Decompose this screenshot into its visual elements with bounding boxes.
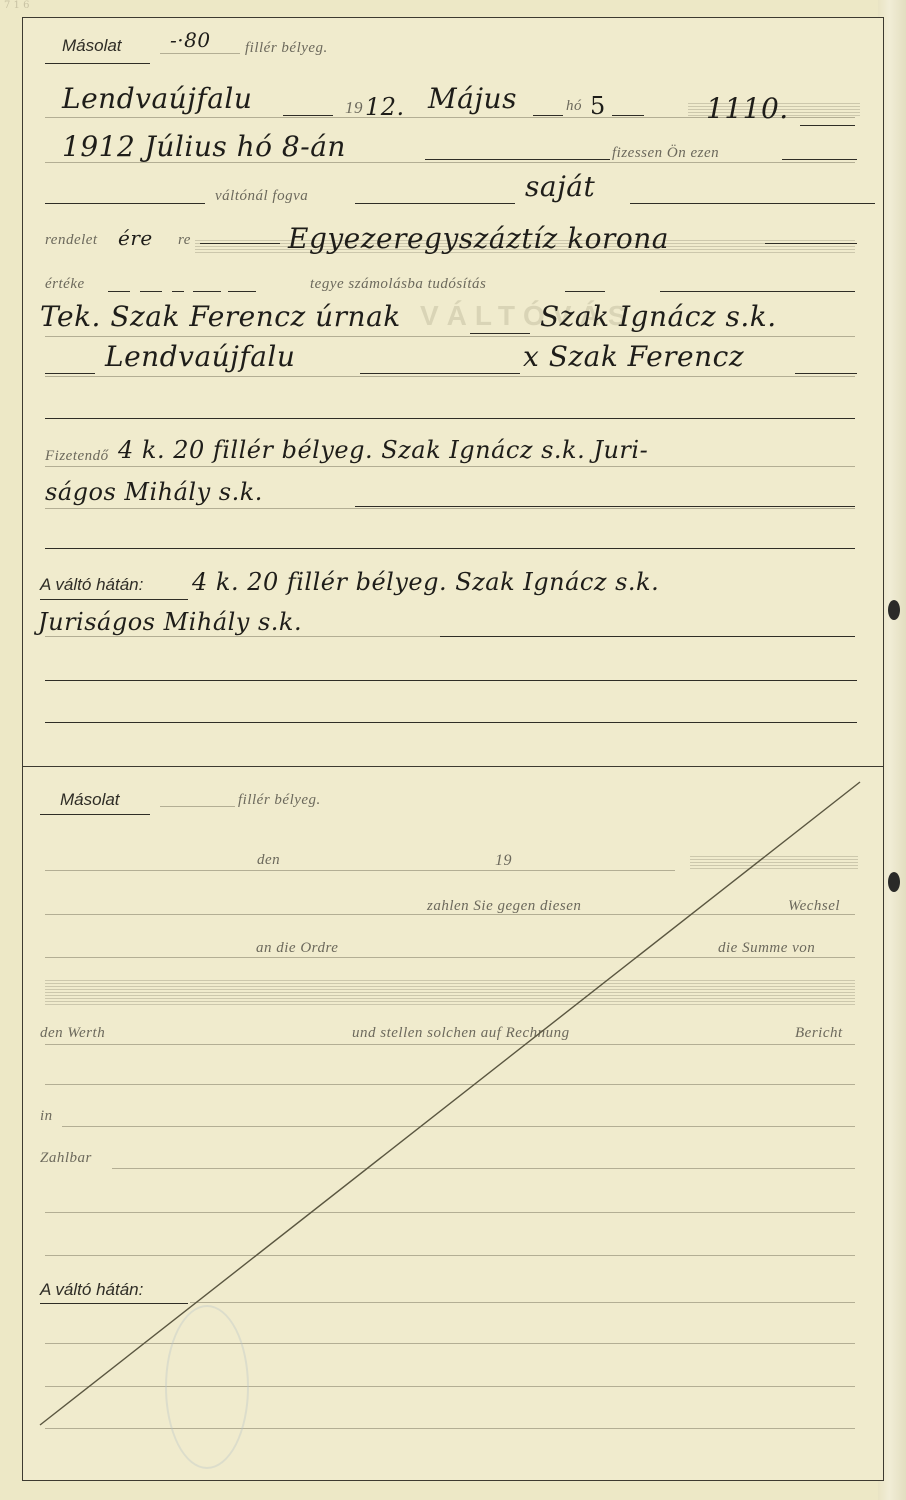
day-handwritten: 5 <box>590 92 606 120</box>
stamp-label: fillér bélyeg. <box>245 40 328 57</box>
blank-line <box>45 1084 855 1085</box>
amount-words-guilloche <box>45 980 855 1006</box>
drawee-line <box>45 336 855 337</box>
fill-dash <box>200 243 280 244</box>
back-text-2: Juriságos Mihály s.k. <box>38 608 302 636</box>
back-label: A váltó hátán: <box>40 575 143 595</box>
payable-line <box>45 508 855 509</box>
bill-label: váltónál fogva <box>215 188 308 205</box>
blank-line <box>45 418 855 419</box>
fill-dash <box>440 636 855 637</box>
fill-dash <box>228 291 256 292</box>
fill-dash <box>193 291 221 292</box>
fill-dash <box>800 125 855 126</box>
payable-line <box>112 1168 855 1169</box>
amount-words-handwritten: Egyezeregyszáztíz korona <box>288 222 669 255</box>
year-suffix: 12. <box>365 93 405 121</box>
back-label-underline <box>40 1303 188 1304</box>
amount-field-guilloche <box>690 856 858 869</box>
bill-label: Wechsel <box>788 898 840 915</box>
back-line <box>190 1302 855 1303</box>
copy-label: Másolat <box>62 36 122 56</box>
fill-dash <box>533 115 563 116</box>
fill-dash <box>565 291 605 292</box>
payable-text-1: 4 k. 20 fillér bélyeg. Szak Ignácz s.k. … <box>118 436 648 464</box>
fill-dash <box>425 159 610 160</box>
fill-dash <box>283 115 333 116</box>
stamp-label: fillér bélyeg. <box>238 792 321 809</box>
back-line <box>45 1343 855 1344</box>
order-label: an die Ordre <box>256 940 338 957</box>
in-label: in <box>40 1108 53 1125</box>
pay-label: zahlen Sie gegen diesen <box>427 898 581 915</box>
value-label: értéke <box>45 276 85 293</box>
payable-label: Zahlbar <box>40 1150 92 1167</box>
fill-dash <box>765 243 857 244</box>
sum-label: die Summe von <box>718 940 815 957</box>
fill-dash <box>470 333 530 334</box>
fill-dash <box>782 159 857 160</box>
report-label: Bericht <box>795 1025 843 1042</box>
order-label-prefix: rendelet <box>45 232 98 249</box>
section-divider <box>22 766 884 767</box>
order-label-suffix: re <box>178 232 191 249</box>
fill-dash <box>45 373 95 374</box>
binding-hole <box>888 872 900 892</box>
month-handwritten: Május <box>428 82 517 115</box>
blank-line <box>45 680 857 681</box>
year-label: 19 <box>495 852 512 870</box>
order-line <box>45 957 855 958</box>
blank-line <box>45 548 855 549</box>
fill-dash <box>355 506 855 507</box>
due-date-handwritten: 1912 Július hó 8-án <box>62 130 346 163</box>
drawee-place-handwritten: Lendvaújfalu <box>105 340 295 373</box>
fill-dash <box>612 115 644 116</box>
account-label: tegye számolásba tudósítás <box>310 276 486 293</box>
fill-dash <box>360 373 520 374</box>
year-prefix: 19 <box>345 98 363 118</box>
fill-dash <box>660 291 855 292</box>
fill-dash <box>355 203 515 204</box>
back-label: A váltó hátán: <box>40 1280 143 1300</box>
month-label: hó <box>566 98 582 115</box>
account-label: und stellen solchen auf Rechnung <box>352 1025 570 1042</box>
fill-dash <box>172 291 184 292</box>
fill-dash <box>140 291 162 292</box>
acceptor-line <box>45 376 855 377</box>
in-line <box>62 1126 855 1127</box>
acceptor-signature: x Szak Ferencz <box>523 340 744 373</box>
own-handwritten: saját <box>525 170 595 203</box>
value-line <box>45 1044 855 1045</box>
order-handwritten: ére <box>118 226 153 250</box>
drawee-handwritten: Tek. Szak Ferencz úrnak <box>40 300 401 333</box>
margin-note: 7 1 6 <box>4 0 29 11</box>
blank-line <box>45 1212 855 1213</box>
payable-text-2: ságos Mihály s.k. <box>45 478 263 506</box>
binding-hole <box>888 600 900 620</box>
fill-dash <box>108 291 130 292</box>
payable-line <box>45 466 855 467</box>
faded-official-stamp <box>165 1305 249 1469</box>
stamp-value: -·80 <box>170 28 211 52</box>
back-label-underline <box>40 599 188 600</box>
den-label: den <box>257 852 280 869</box>
amount-figures: 1110. <box>706 92 789 125</box>
fill-dash <box>45 203 205 204</box>
value-label: den Werth <box>40 1025 105 1042</box>
stamp-value-line <box>160 806 235 807</box>
copy-label-underline <box>45 63 150 64</box>
date-line <box>45 870 675 871</box>
copy-label-underline <box>40 814 150 815</box>
stamp-value-line <box>160 53 240 54</box>
copy-label: Másolat <box>60 790 120 810</box>
place-handwritten: Lendvaújfalu <box>62 82 252 115</box>
payable-label: Fizetendő <box>45 448 109 465</box>
blank-line <box>45 1255 855 1256</box>
back-text-1: 4 k. 20 fillér bélyeg. Szak Ignácz s.k. <box>192 568 659 596</box>
fill-dash <box>630 203 875 204</box>
fill-dash <box>795 373 857 374</box>
blank-line <box>45 722 857 723</box>
drawer-signature: Szak Ignácz s.k. <box>540 300 777 333</box>
pay-label: fizessen Ön ezen <box>612 145 719 162</box>
back-line <box>45 1428 855 1429</box>
